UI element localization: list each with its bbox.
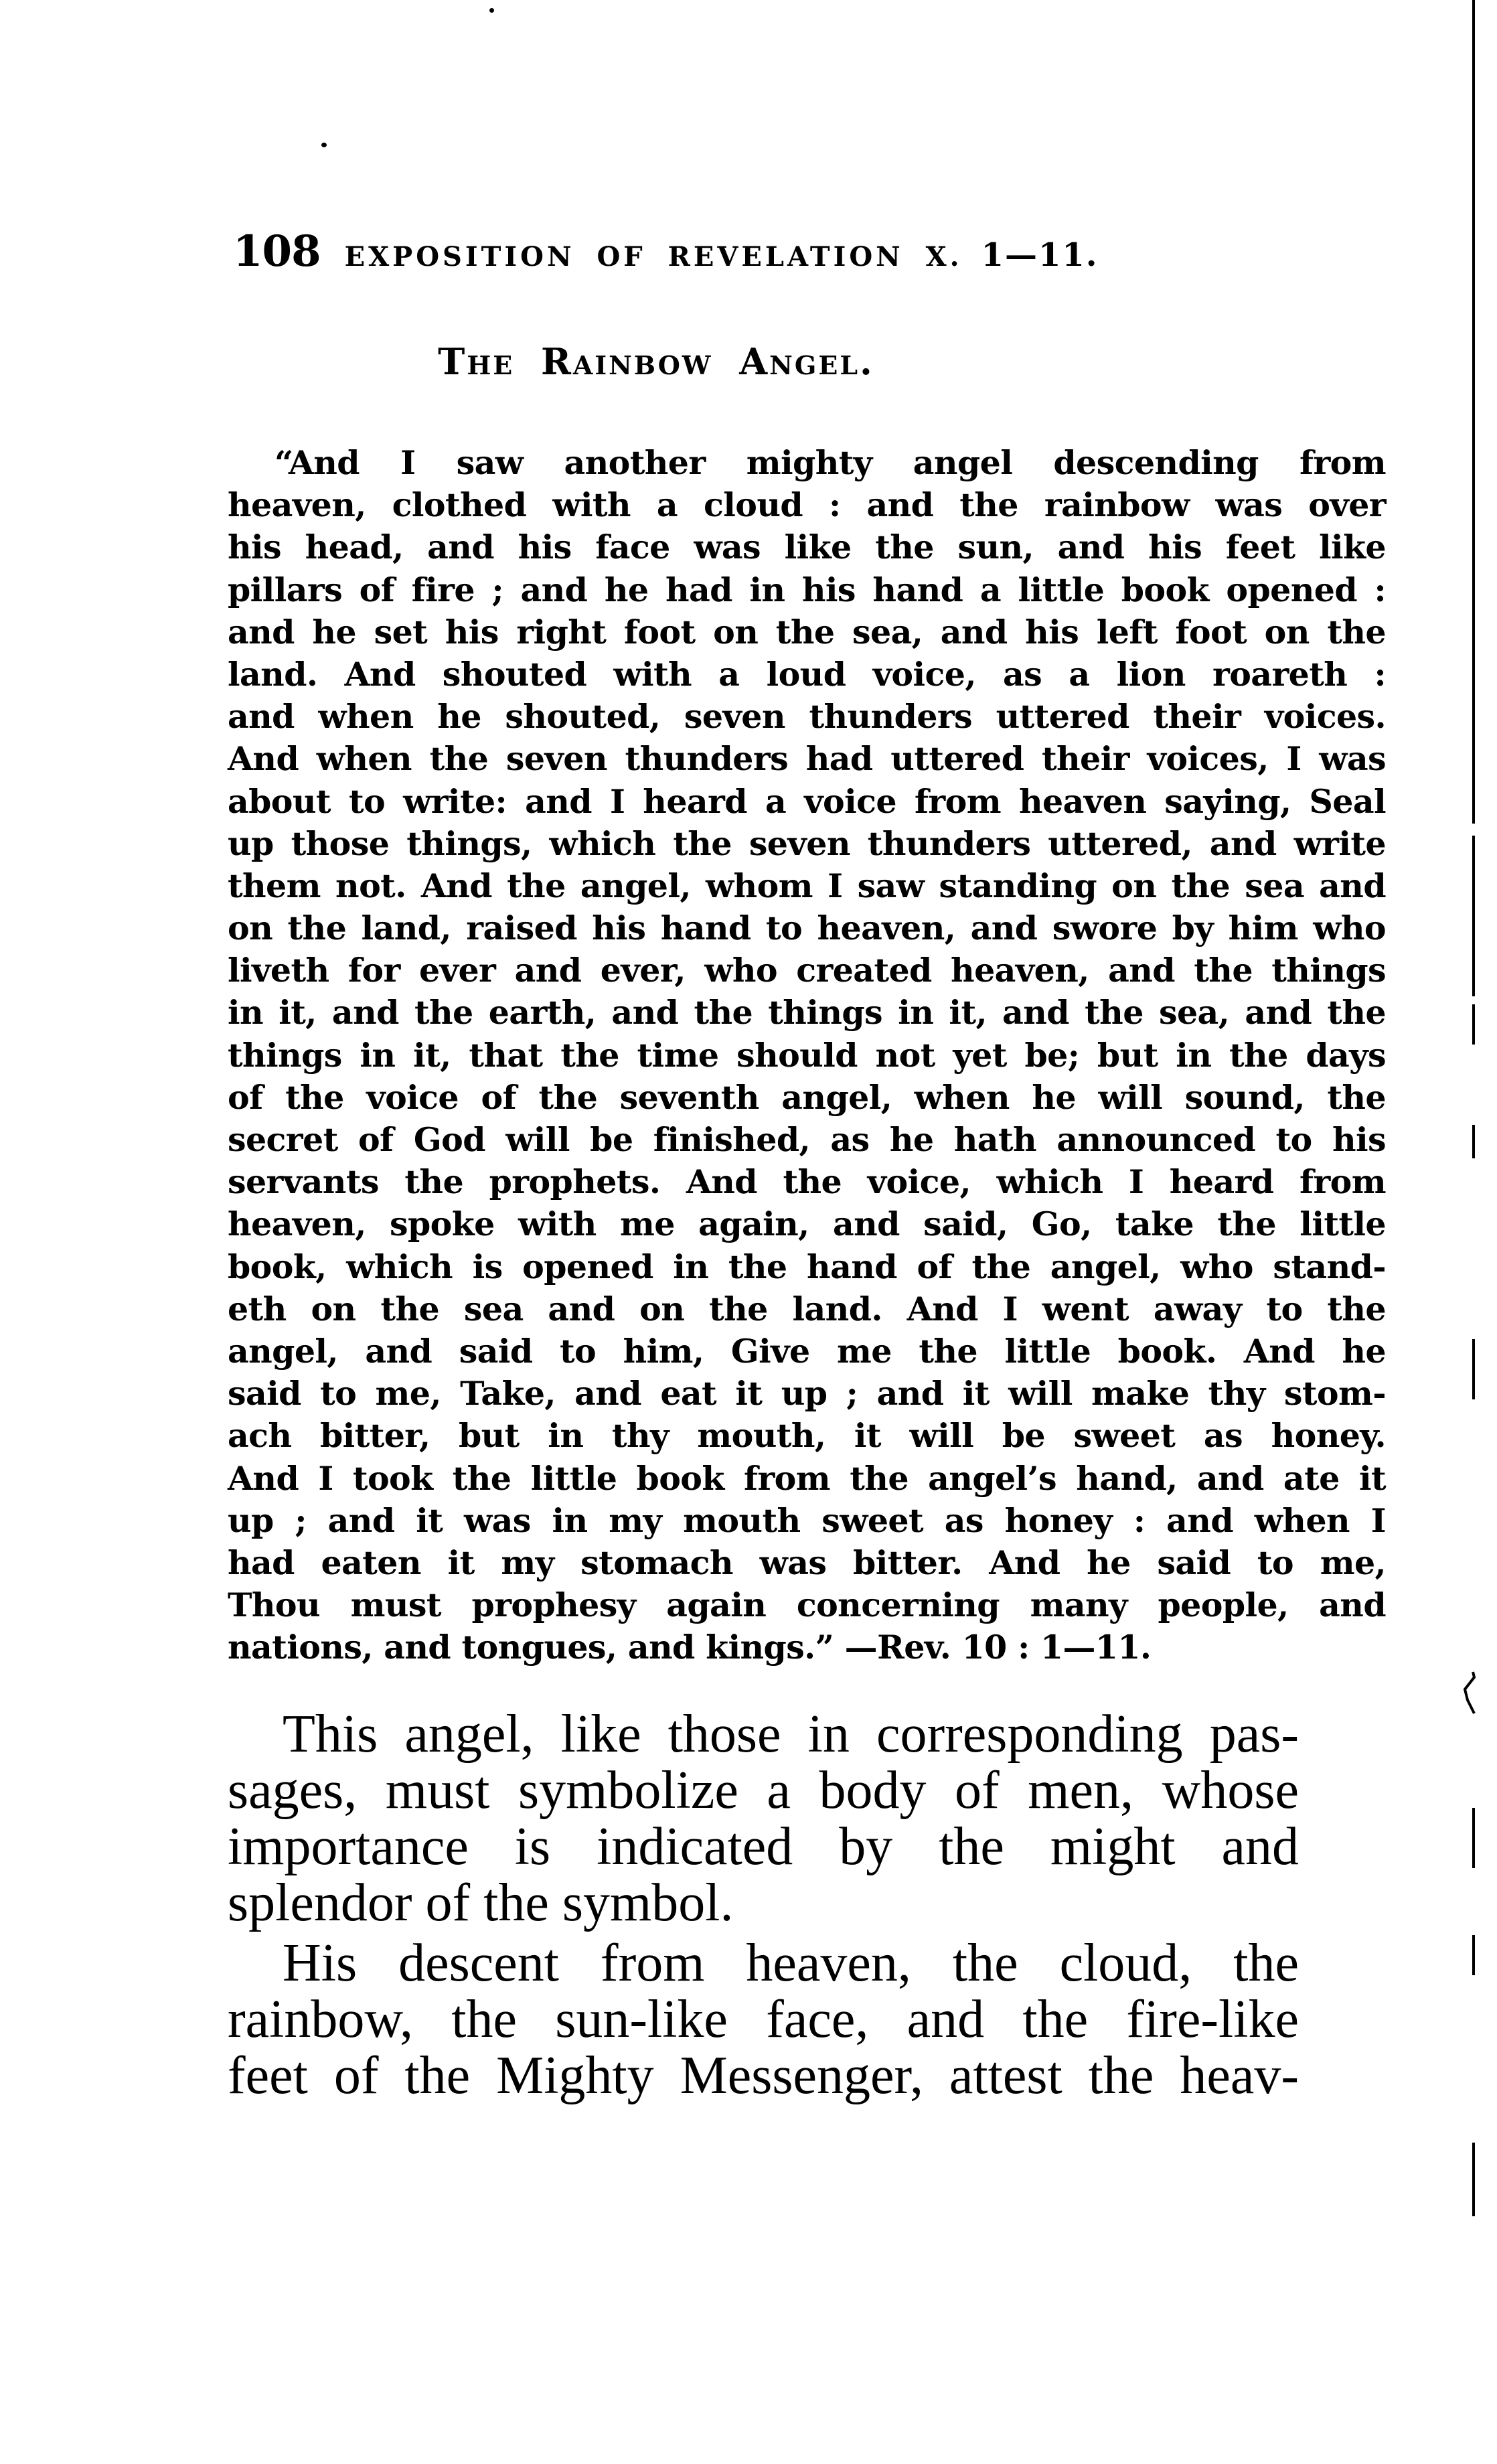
quote-line: “And I saw another mighty angel descendi…	[228, 442, 1386, 484]
quote-line: servants the prophets. And the voice, wh…	[228, 1161, 1386, 1203]
book-page: 108EXPOSITION OF REVELATION X.1—11. The …	[0, 0, 1497, 2464]
paragraph: His descent from heaven, the cloud, the …	[228, 1935, 1299, 2104]
quote-line: of the voice of the seventh angel, when …	[228, 1077, 1386, 1119]
quote-line: in it, and the earth, and the things in …	[228, 992, 1386, 1034]
quote-line: pillars of fire ; and he had in his hand…	[228, 569, 1386, 611]
quote-line: them not. And the angel, whom I saw stan…	[228, 865, 1386, 907]
scan-speck	[489, 8, 494, 13]
quote-line: about to write: and I heard a voice from…	[228, 781, 1386, 823]
page-edge-line	[1472, 1004, 1475, 1045]
quote-line: and he set his right foot on the sea, an…	[228, 611, 1386, 653]
quote-line: his head, and his face was like the sun,…	[228, 526, 1386, 568]
body-line: sages, must symbolize a body of men, who…	[228, 1762, 1299, 1819]
quote-line-citation: nations, and tongues, and kings.” —Rev. …	[228, 1626, 1386, 1669]
quote-line: secret of God will be finished, as he ha…	[228, 1119, 1386, 1161]
scripture-quote: “And I saw another mighty angel descendi…	[228, 442, 1386, 1669]
quote-line: And I took the little book from the ange…	[228, 1458, 1386, 1500]
commentary-body: This angel, like those in corresponding …	[228, 1706, 1299, 2104]
quote-line: things in it, that the time should not y…	[228, 1034, 1386, 1077]
page-edge-line	[1472, 1125, 1475, 1158]
quote-line: eth on the sea and on the land. And I we…	[228, 1288, 1386, 1330]
page-edge-line	[1472, 2143, 1475, 2216]
quote-line: angel, and said to him, Give me the litt…	[228, 1330, 1386, 1373]
quote-line: Thou must prophesy again concerning many…	[228, 1584, 1386, 1626]
quote-line: liveth for ever and ever, who created he…	[228, 949, 1386, 992]
quote-line: book, which is opened in the hand of the…	[228, 1246, 1386, 1288]
quote-line: on the land, raised his hand to heaven, …	[228, 907, 1386, 949]
running-reference: 1—11.	[981, 236, 1099, 274]
page-edge-line	[1472, 0, 1475, 824]
page-edge-line	[1472, 1339, 1475, 1399]
body-line: This angel, like those in corresponding …	[228, 1706, 1299, 1762]
scan-speck	[321, 143, 327, 147]
running-head: 108EXPOSITION OF REVELATION X.1—11.	[233, 226, 1237, 277]
body-line: importance is indicated by the might and	[228, 1819, 1299, 1875]
quote-line: and when he shouted, seven thunders utte…	[228, 696, 1386, 738]
page-edge-line	[1472, 836, 1475, 996]
quote-line: heaven, clothed with a cloud : and the r…	[228, 484, 1386, 526]
page-edge-line	[1472, 1935, 1475, 1975]
quote-line: had eaten it my stomach was bitter. And …	[228, 1542, 1386, 1584]
quote-line: said to me, Take, and eat it up ; and it…	[228, 1373, 1386, 1415]
body-line: His descent from heaven, the cloud, the	[228, 1935, 1299, 1991]
quote-line: land. And shouted with a loud voice, as …	[228, 653, 1386, 696]
page-number: 108	[233, 226, 321, 277]
quote-line: heaven, spoke with me again, and said, G…	[228, 1203, 1386, 1245]
page-edge-line	[1472, 1808, 1475, 1868]
running-title: EXPOSITION OF REVELATION X.	[345, 241, 963, 273]
quote-line: up those things, which the seven thunder…	[228, 823, 1386, 865]
quote-line: ach bitter, but in thy mouth, it will be…	[228, 1415, 1386, 1457]
quote-line: And when the seven thunders had uttered …	[228, 738, 1386, 780]
body-line: rainbow, the sun-like face, and the fire…	[228, 1991, 1299, 2048]
body-line: feet of the Mighty Messenger, attest the…	[228, 2048, 1299, 2104]
quote-line: up ; and it was in my mouth sweet as hon…	[228, 1500, 1386, 1542]
margin-pencil-mark	[1453, 1671, 1480, 1724]
section-title: The Rainbow Angel.	[0, 340, 1312, 383]
body-line: splendor of the symbol.	[228, 1875, 1299, 1931]
paragraph: This angel, like those in corresponding …	[228, 1706, 1299, 1931]
